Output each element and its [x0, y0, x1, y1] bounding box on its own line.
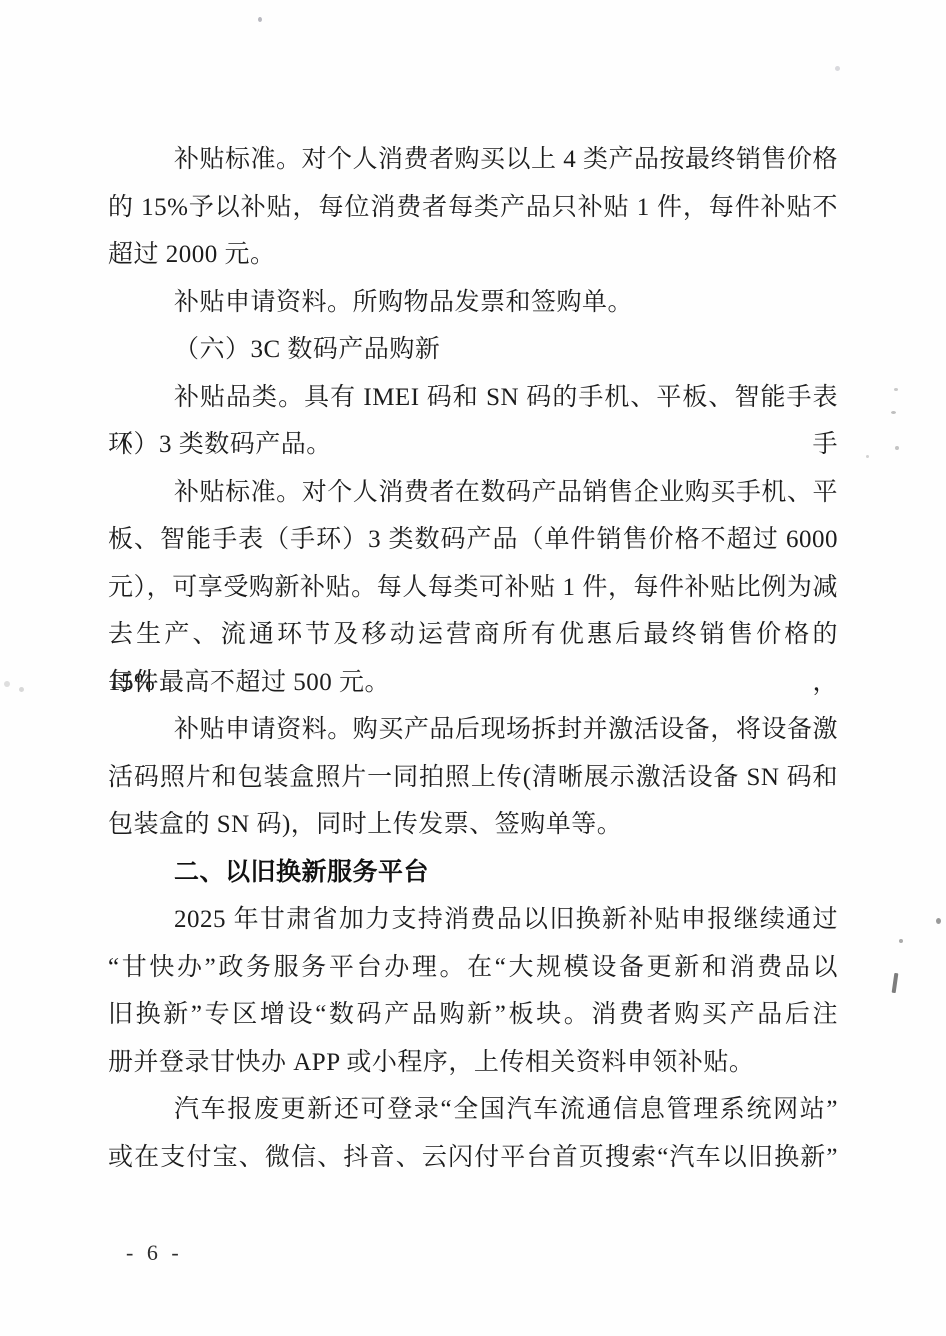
- doc-line: 板、智能手表（手环）3 类数码产品（单件销售价格不超过 6000: [108, 516, 838, 564]
- scan-speck: [936, 918, 941, 924]
- doc-line: “甘快办”政务服务平台办理。在“大规模设备更新和消费品以: [108, 944, 838, 992]
- doc-line-chapter-heading: 二、以旧换新服务平台: [108, 849, 838, 897]
- document-text-block: 补贴标准。对个人消费者购买以上 4 类产品按最终销售价格 的 15%予以补贴，每…: [108, 136, 838, 1181]
- doc-line-section-heading: （六）3C 数码产品购新: [108, 326, 838, 374]
- scan-speck: [895, 446, 899, 450]
- doc-line: 2025 年甘肃省加力支持消费品以旧换新补贴申报继续通过: [108, 896, 838, 944]
- doc-line: 补贴标准。对个人消费者购买以上 4 类产品按最终销售价格: [108, 136, 838, 184]
- doc-line: 补贴申请资料。购买产品后现场拆封并激活设备，将设备激: [108, 706, 838, 754]
- scan-speck: [4, 681, 10, 687]
- scan-speck: [866, 455, 869, 458]
- scan-speck: [892, 973, 899, 993]
- doc-line: 册并登录甘快办 APP 或小程序，上传相关资料申领补贴。: [108, 1039, 838, 1087]
- scanned-document-page: 补贴标准。对个人消费者购买以上 4 类产品按最终销售价格 的 15%予以补贴，每…: [0, 0, 946, 1336]
- page-number: - 6 -: [126, 1240, 183, 1266]
- doc-line: 或在支付宝、微信、抖音、云闪付平台首页搜索“汽车以旧换新”: [108, 1134, 838, 1182]
- scan-speck: [899, 939, 903, 943]
- doc-line: 旧换新”专区增设“数码产品购新”板块。消费者购买产品后注: [108, 991, 838, 1039]
- scan-speck: [19, 687, 24, 692]
- doc-line: 元），可享受购新补贴。每人每类可补贴 1 件，每件补贴比例为减: [108, 564, 838, 612]
- doc-line: 活码照片和包装盒照片一同拍照上传(清晰展示激活设备 SN 码和: [108, 754, 838, 802]
- scan-speck: [835, 66, 840, 71]
- scan-speck: [891, 411, 896, 414]
- doc-line: 的 15%予以补贴，每位消费者每类产品只补贴 1 件，每件补贴不: [108, 184, 838, 232]
- doc-line: 去生产、流通环节及移动运营商所有优惠后最终销售价格的 15%，: [108, 611, 838, 659]
- scan-speck: [894, 388, 898, 391]
- doc-line: 汽车报废更新还可登录“全国汽车流通信息管理系统网站”: [108, 1086, 838, 1134]
- doc-line: 包装盒的 SN 码)，同时上传发票、签购单等。: [108, 801, 838, 849]
- doc-line: 补贴品类。具有 IMEI 码和 SN 码的手机、平板、智能手表（手: [108, 374, 838, 422]
- scan-speck: [258, 17, 262, 22]
- doc-line: 补贴标准。对个人消费者在数码产品销售企业购买手机、平: [108, 469, 838, 517]
- doc-line: 补贴申请资料。所购物品发票和签购单。: [108, 279, 838, 327]
- doc-line: 超过 2000 元。: [108, 231, 838, 279]
